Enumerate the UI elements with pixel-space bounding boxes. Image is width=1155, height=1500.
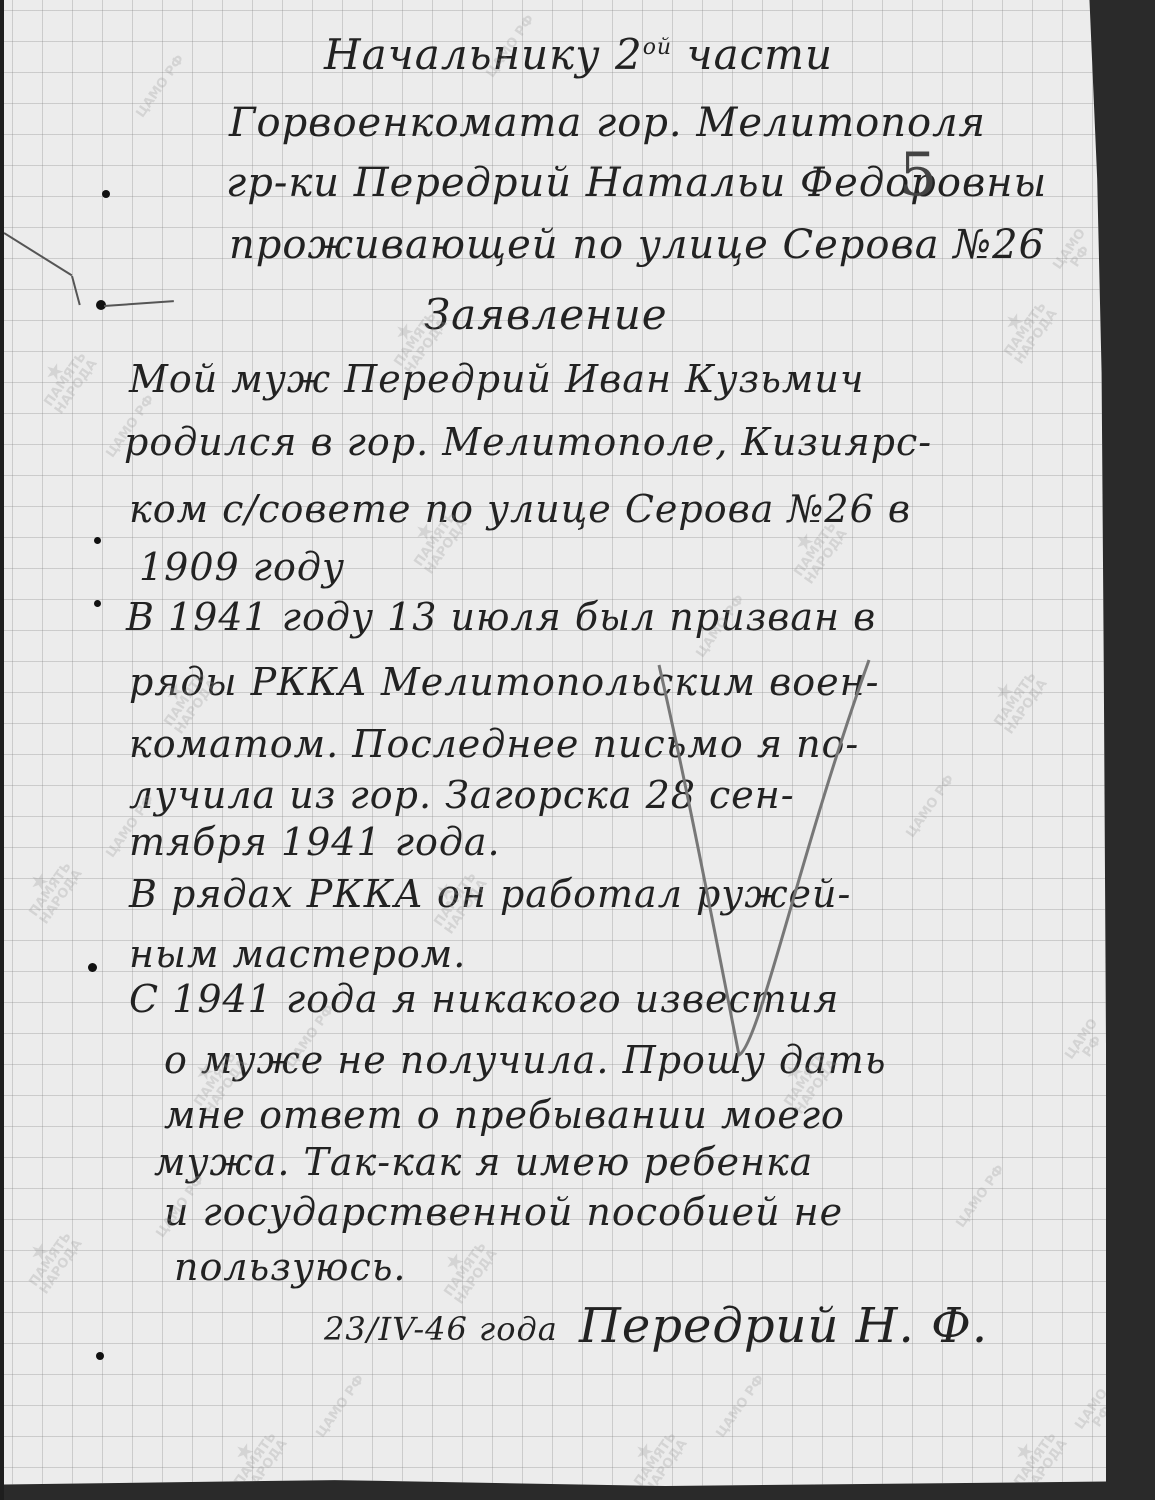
body-line: пользуюсь. [174,1245,407,1289]
body-line: 1909 году [139,545,345,589]
body-line: тября 1941 года. [129,820,501,864]
paper-hole [102,190,110,198]
pencil-checkmark [649,655,879,1075]
paper-hole [94,600,101,607]
watermark-camo: ЦАМО РФ [314,1373,367,1440]
watermark-pamyat-naroda: ★ ПАМЯТЬНАРОДА [991,292,1059,366]
document-page: Начальнику 2ой части Горвоенкомата гор. … [4,0,1106,1492]
paper-tear [104,300,174,307]
body-line: В 1941 году 13 июля был призван в [126,595,876,639]
body-line: мужа. Так-как я имею ребенка [154,1140,813,1184]
watermark-camo: ЦАМО РФ [904,773,957,840]
header-line-2: Горвоенкомата гор. Мелитополя [229,100,986,146]
paper-hole [88,963,97,972]
watermark-camo: ЦАМО РФ [714,1373,767,1440]
body-line: родился в гор. Мелитополе, Кизиярс- [124,420,932,464]
body-line: Мой муж Передрий Иван Кузьмич [129,357,865,401]
watermark-camo: ЦАМО РФ [1063,1017,1111,1070]
watermark-camo: ЦАМО РФ [1073,1387,1121,1440]
paper-tear [3,232,72,276]
paper-tear [71,276,81,305]
margin-annotation: 5 [899,140,938,210]
body-line: и государственной пособией не [164,1190,843,1234]
document-date: 23/IV-46 года [324,1310,558,1348]
paper-hole [94,537,101,544]
watermark-pamyat-naroda: ★ ПАМЯТЬНАРОДА [31,342,99,416]
watermark-pamyat-naroda: ★ ПАМЯТЬНАРОДА [431,1232,499,1306]
signature: Передрий Н. Ф. [579,1298,988,1354]
watermark-camo: ЦАМО РФ [1047,220,1104,286]
watermark-pamyat-naroda: ★ ПАМЯТЬНАРОДА [221,1422,289,1496]
body-line: ком с/совете по улице Серова №26 в [129,487,911,531]
header-line-1: Начальнику 2ой части [324,30,833,79]
body-line: мне ответ о пребывании моего [164,1093,845,1137]
watermark-camo: ЦАМО РФ [134,53,187,120]
header-line-4: проживающей по улице Серова №26 [229,222,1045,268]
watermark-pamyat-naroda: ★ ПАМЯТЬНАРОДА [981,662,1049,736]
body-line: ным мастером. [129,932,466,976]
watermark-pamyat-naroda: ★ ПАМЯТЬНАРОДА [16,852,84,926]
watermark-pamyat-naroda: ★ ПАМЯТЬНАРОДА [16,1222,84,1296]
document-title: Заявление [424,290,668,339]
scan-left-edge [0,0,4,1500]
watermark-pamyat-naroda: ★ ПАМЯТЬНАРОДА [621,1422,689,1496]
paper-hole [96,1352,104,1360]
watermark-pamyat-naroda: ★ ПАМЯТЬНАРОДА [1001,1422,1069,1496]
watermark-camo: ЦАМО РФ [954,1163,1007,1230]
